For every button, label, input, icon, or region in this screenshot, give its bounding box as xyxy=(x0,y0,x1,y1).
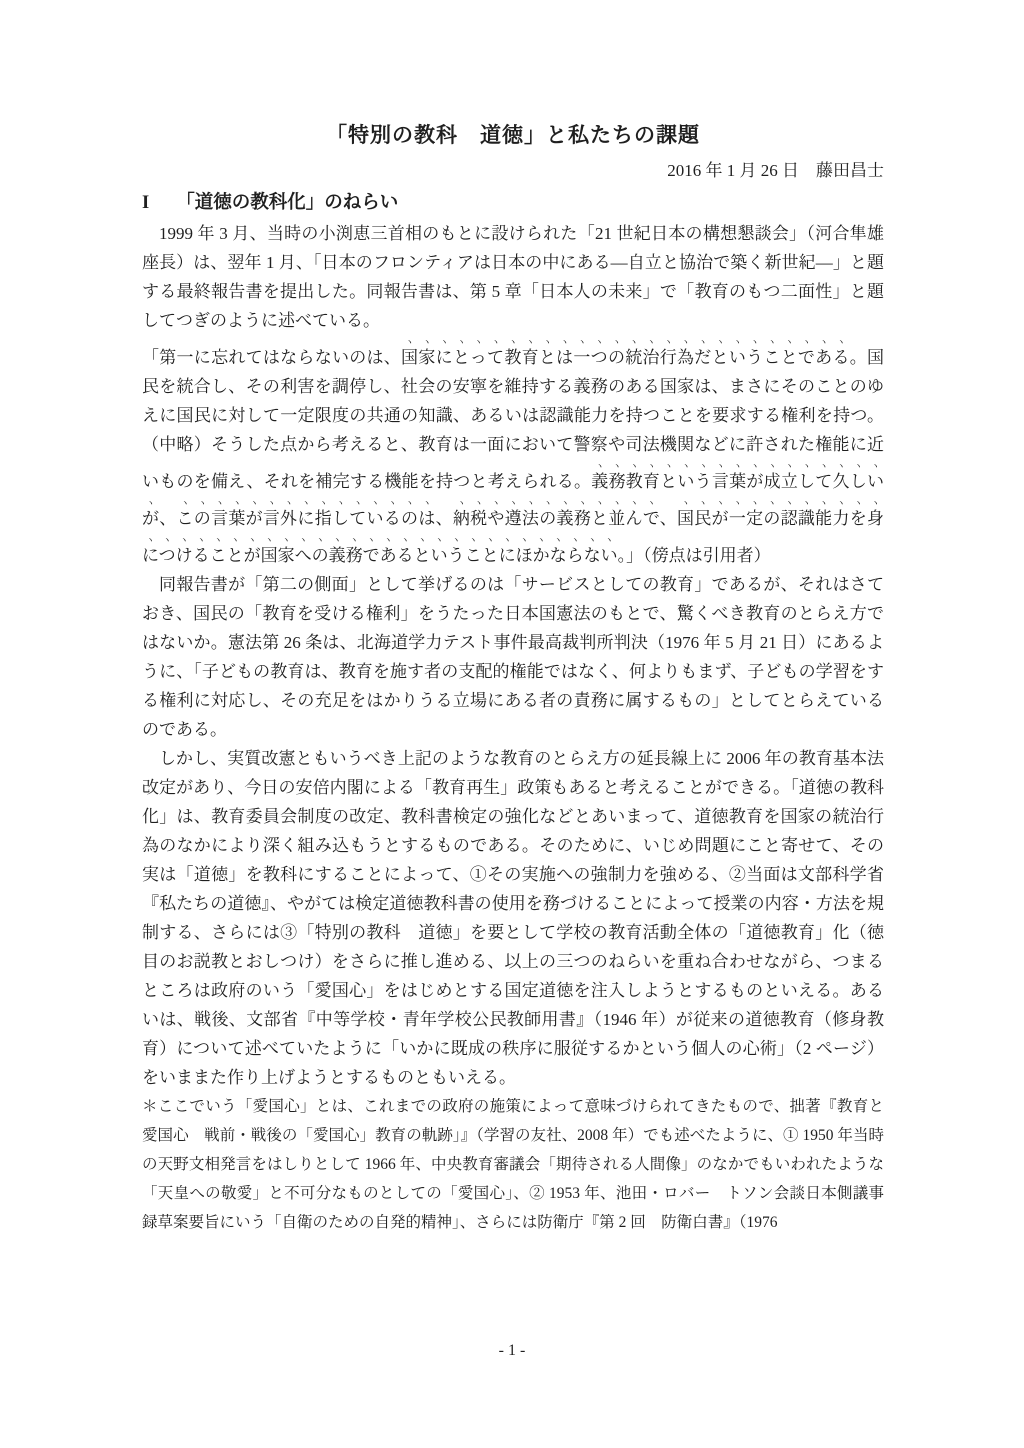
date-author-line: 2016 年 1 月 26 日 藤田昌士 xyxy=(142,158,884,184)
emphasized-phrase-1: 国家にとって教育とは一つの統治行為だということである xyxy=(401,348,850,367)
section-numeral: I xyxy=(142,193,149,213)
paragraph-constitution: 同報告書が「第二の側面」として挙げるのは「サービスとしての教育」であるが、それは… xyxy=(142,570,884,744)
quote-paragraph: 「第一に忘れてはならないのは、国家にとって教育とは一つの統治行為だということであ… xyxy=(142,335,884,570)
footnote-paragraph: ＊ここでいう「愛国心」とは、これまでの政府の施策によって意味づけられてきたもので… xyxy=(142,1092,884,1237)
document-page: 「特別の教科 道徳」と私たちの課題 2016 年 1 月 26 日 藤田昌士 I… xyxy=(0,0,1024,1448)
section-heading: I「道徳の教科化」のねらい xyxy=(142,190,884,216)
page-number: - 1 - xyxy=(0,1340,1024,1362)
document-title: 「特別の教科 道徳」と私たちの課題 xyxy=(142,120,884,150)
quote-text-post: 。」（傍点は引用者） xyxy=(618,546,771,565)
document-content: 「特別の教科 道徳」と私たちの課題 2016 年 1 月 26 日 藤田昌士 I… xyxy=(142,0,884,1237)
quote-text-pre: 「第一に忘れてはならないのは、 xyxy=(142,348,401,367)
section-title: 「道徳の教科化」のねらい xyxy=(176,193,398,213)
paragraph-report-intro: 1999 年 3 月、当時の小渕恵三首相のもとに設けられた「21 世紀日本の構想… xyxy=(142,219,884,335)
quote-text-mid: 。国民を統合し、その利害を調停し、社会の安寧を維持する義務のある国家は、まさにそ… xyxy=(142,348,884,491)
paragraph-criticism: しかし、実質改憲ともいうべき上記のような教育のとらえ方の延長線上に 2006 年… xyxy=(142,744,884,1092)
